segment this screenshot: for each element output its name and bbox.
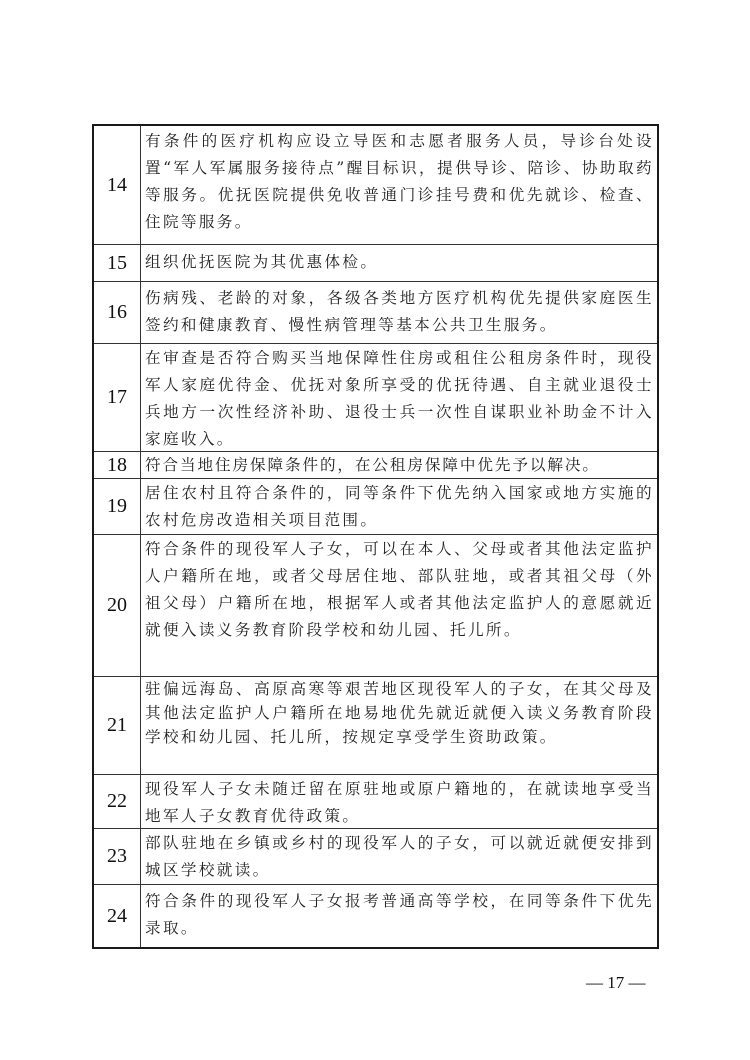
table-row: 19 居住农村且符合条件的，同等条件下优先纳入国家或地方实施的农村危房改造相关项… <box>94 478 657 534</box>
row-number: 20 <box>94 535 141 676</box>
row-text: 符合当地住房保障条件的，在公租房保障中优先予以解决。 <box>141 452 657 478</box>
row-number: 24 <box>94 885 141 947</box>
row-number: 22 <box>94 775 141 828</box>
row-number: 16 <box>94 282 141 343</box>
row-text: 伤病残、老龄的对象，各级各类地方医疗机构优先提供家庭医生签约和健康教育、慢性病管… <box>141 282 657 343</box>
table-row: 20 符合条件的现役军人子女，可以在本人、父母或者其他法定监护人户籍所在地，或者… <box>94 534 657 676</box>
row-text: 组织优抚医院为其优惠体检。 <box>141 245 657 281</box>
row-number: 17 <box>94 344 141 451</box>
table-row: 24 符合条件的现役军人子女报考普通高等学校，在同等条件下优先录取。 <box>94 884 657 947</box>
table-row: 18 符合当地住房保障条件的，在公租房保障中优先予以解决。 <box>94 451 657 478</box>
table-row: 21 驻偏远海岛、高原高寒等艰苦地区现役军人的子女，在其父母及其他法定监护人户籍… <box>94 676 657 774</box>
row-text: 有条件的医疗机构应设立导医和志愿者服务人员，导诊台处设置“军人军属服务接待点”醒… <box>141 126 657 244</box>
row-number: 21 <box>94 677 141 774</box>
row-number: 19 <box>94 479 141 534</box>
table-row: 17 在审查是否符合购买当地保障性住房或租住公租房条件时，现役军人家庭优待金、优… <box>94 343 657 451</box>
table-row: 22 现役军人子女未随迁留在原驻地或原户籍地的，在就读地享受当地军人子女教育优待… <box>94 774 657 828</box>
row-text: 符合条件的现役军人子女，可以在本人、父母或者其他法定监护人户籍所在地，或者父母居… <box>141 535 657 676</box>
row-text: 现役军人子女未随迁留在原驻地或原户籍地的，在就读地享受当地军人子女教育优待政策。 <box>141 775 657 828</box>
row-text: 驻偏远海岛、高原高寒等艰苦地区现役军人的子女，在其父母及其他法定监护人户籍所在地… <box>141 677 657 774</box>
row-number: 18 <box>94 452 141 478</box>
row-number: 23 <box>94 829 141 884</box>
table-row: 23 部队驻地在乡镇或乡村的现役军人的子女，可以就近就便安排到城区学校就读。 <box>94 828 657 884</box>
table-row: 14 有条件的医疗机构应设立导医和志愿者服务人员，导诊台处设置“军人军属服务接待… <box>94 126 657 244</box>
row-number: 14 <box>94 126 141 244</box>
table-row: 16 伤病残、老龄的对象，各级各类地方医疗机构优先提供家庭医生签约和健康教育、慢… <box>94 281 657 343</box>
row-text: 居住农村且符合条件的，同等条件下优先纳入国家或地方实施的农村危房改造相关项目范围… <box>141 479 657 534</box>
page-number: — 17 — <box>586 973 666 993</box>
row-text: 部队驻地在乡镇或乡村的现役军人的子女，可以就近就便安排到城区学校就读。 <box>141 829 657 884</box>
benefits-table: 14 有条件的医疗机构应设立导医和志愿者服务人员，导诊台处设置“军人军属服务接待… <box>92 124 659 949</box>
row-text: 在审查是否符合购买当地保障性住房或租住公租房条件时，现役军人家庭优待金、优抚对象… <box>141 344 657 451</box>
row-text: 符合条件的现役军人子女报考普通高等学校，在同等条件下优先录取。 <box>141 885 657 947</box>
row-number: 15 <box>94 245 141 281</box>
table-row: 15 组织优抚医院为其优惠体检。 <box>94 244 657 281</box>
